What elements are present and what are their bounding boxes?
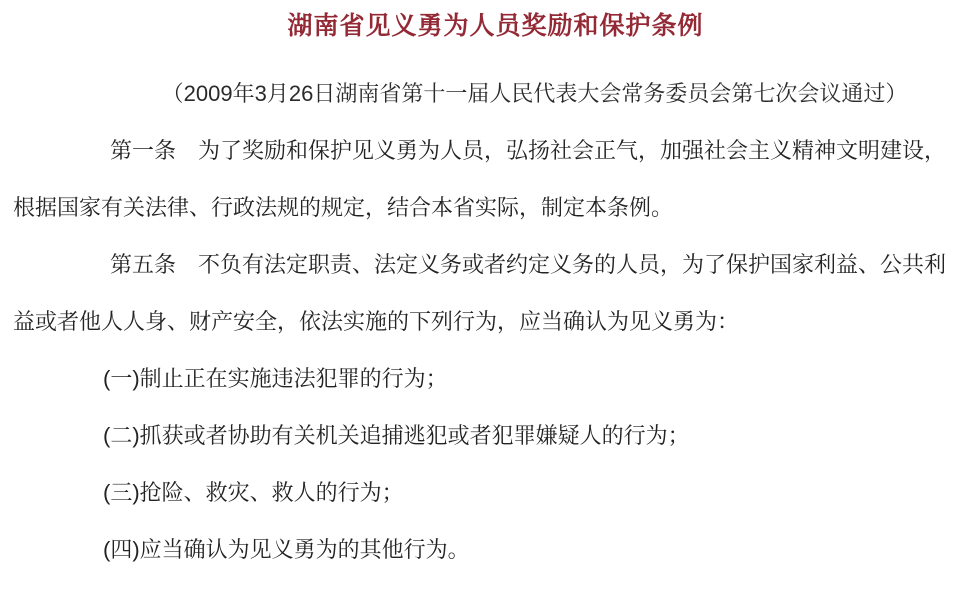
- numbered-list: (一)制止正在实施违法犯罪的行为； (二)抓获或者协助有关机关追捕逃犯或者犯罪嫌…: [13, 350, 944, 578]
- document-subtitle: （2009年3月26日湖南省第十一届人民代表大会常务委员会第七次会议通过）: [13, 65, 944, 122]
- paragraph-line: 根据国家有关法律、行政法规的规定，结合本省实际，制定本条例。: [13, 179, 944, 236]
- list-item: (四)应当确认为见义勇为的其他行为。: [13, 521, 944, 578]
- article-paragraph-5: 第五条 不负有法定职责、法定义务或者约定义务的人员，为了保护国家利益、公共利 益…: [13, 236, 944, 350]
- document-title: 湖南省见义勇为人员奖励和保护条例: [13, 8, 944, 44]
- paragraph-line: 第五条 不负有法定职责、法定义务或者约定义务的人员，为了保护国家利益、公共利: [13, 236, 944, 293]
- list-item: (三)抢险、救灾、救人的行为；: [13, 464, 944, 521]
- list-item: (一)制止正在实施违法犯罪的行为；: [13, 350, 944, 407]
- article-paragraph-1: 第一条 为了奖励和保护见义勇为人员，弘扬社会正气，加强社会主义精神文明建设， 根…: [13, 122, 944, 236]
- paragraph-line: 第一条 为了奖励和保护见义勇为人员，弘扬社会正气，加强社会主义精神文明建设，: [13, 122, 944, 179]
- document-page: 湖南省见义勇为人员奖励和保护条例 （2009年3月26日湖南省第十一届人民代表大…: [0, 0, 960, 605]
- list-item: (二)抓获或者协助有关机关追捕逃犯或者犯罪嫌疑人的行为；: [13, 407, 944, 464]
- paragraph-line: 益或者他人人身、财产安全，依法实施的下列行为，应当确认为见义勇为：: [13, 293, 944, 350]
